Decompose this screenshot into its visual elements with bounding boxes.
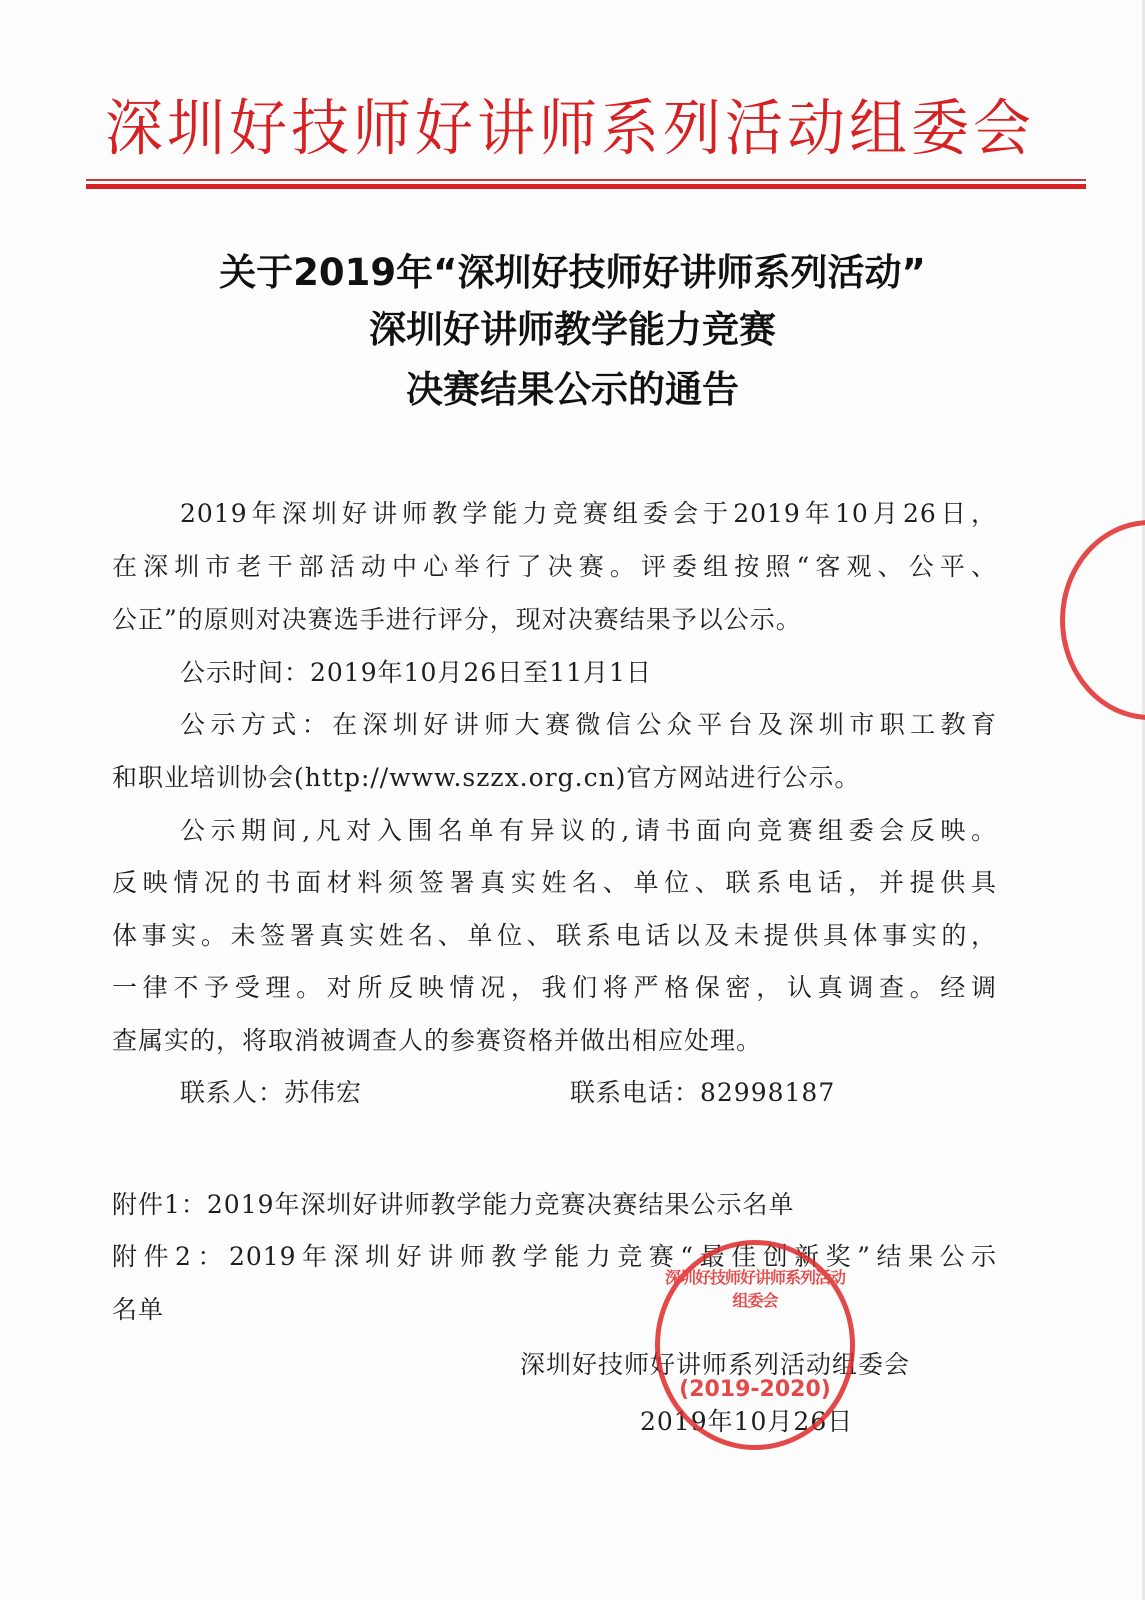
letterhead-rule-thin — [86, 179, 1086, 181]
objection-line3: 体事实。未签署真实姓名、单位、联系电话以及未提供具体事实的， — [112, 916, 997, 956]
document-title-line-2: 深圳好讲师教学能力竞赛 — [80, 300, 1065, 360]
partial-seal-edge — [1060, 520, 1145, 720]
letterhead-org-name: 深圳好技师好讲师系列活动组委会 — [105, 86, 1035, 170]
letterhead-rule-thick — [86, 184, 1086, 189]
official-seal: 深圳好技师好讲师系列活动组委会 (2019-2020) — [655, 1240, 855, 1450]
attachment-1: 附件1：2019年深圳好讲师教学能力竞赛决赛结果公示名单 — [112, 1185, 795, 1225]
objection-line1: 公示期间,凡对入围名单有异议的,请书面向竞赛组委会反映。 — [180, 811, 997, 851]
body-para1-line3: 公正”的原则对决赛选手进行评分，现对决赛结果予以公示。 — [112, 600, 802, 640]
seal-year-range: (2019-2020) — [660, 1377, 850, 1402]
publicity-method-line1: 公示方式：在深圳好讲师大赛微信公众平台及深圳市职工教育 — [180, 705, 997, 745]
seal-arc-text: 深圳好技师好讲师系列活动组委会 — [660, 1265, 850, 1311]
objection-line5: 查属实的，将取消被调查人的参赛资格并做出相应处理。 — [112, 1021, 762, 1061]
contact-person: 联系人：苏伟宏 — [180, 1073, 362, 1113]
publicity-method-line2: 和职业培训协会(http://www.szzx.org.cn)官方网站进行公示。 — [112, 758, 860, 798]
attachment-2: 附件2：2019年深圳好讲师教学能力竞赛“最佳创新奖”结果公示 — [112, 1237, 997, 1277]
document-title-line-1: 关于2019年“深圳好技师好讲师系列活动” — [80, 243, 1065, 303]
contact-phone: 联系电话：82998187 — [570, 1073, 835, 1113]
document-title-line-3: 决赛结果公示的通告 — [80, 360, 1065, 420]
attachment-2-continued: 名单 — [112, 1290, 164, 1330]
body-para1-line1: 2019年深圳好讲师教学能力竞赛组委会于2019年10月26日， — [180, 494, 997, 534]
objection-line4: 一律不予受理。对所反映情况，我们将严格保密，认真调查。经调 — [112, 968, 997, 1008]
objection-line2: 反映情况的书面材料须签署真实姓名、单位、联系电话，并提供具 — [112, 863, 997, 903]
body-para1-line2: 在深圳市老干部活动中心举行了决赛。评委组按照“客观、公平、 — [112, 547, 997, 587]
publicity-period: 公示时间：2019年10月26日至11月1日 — [180, 653, 652, 693]
